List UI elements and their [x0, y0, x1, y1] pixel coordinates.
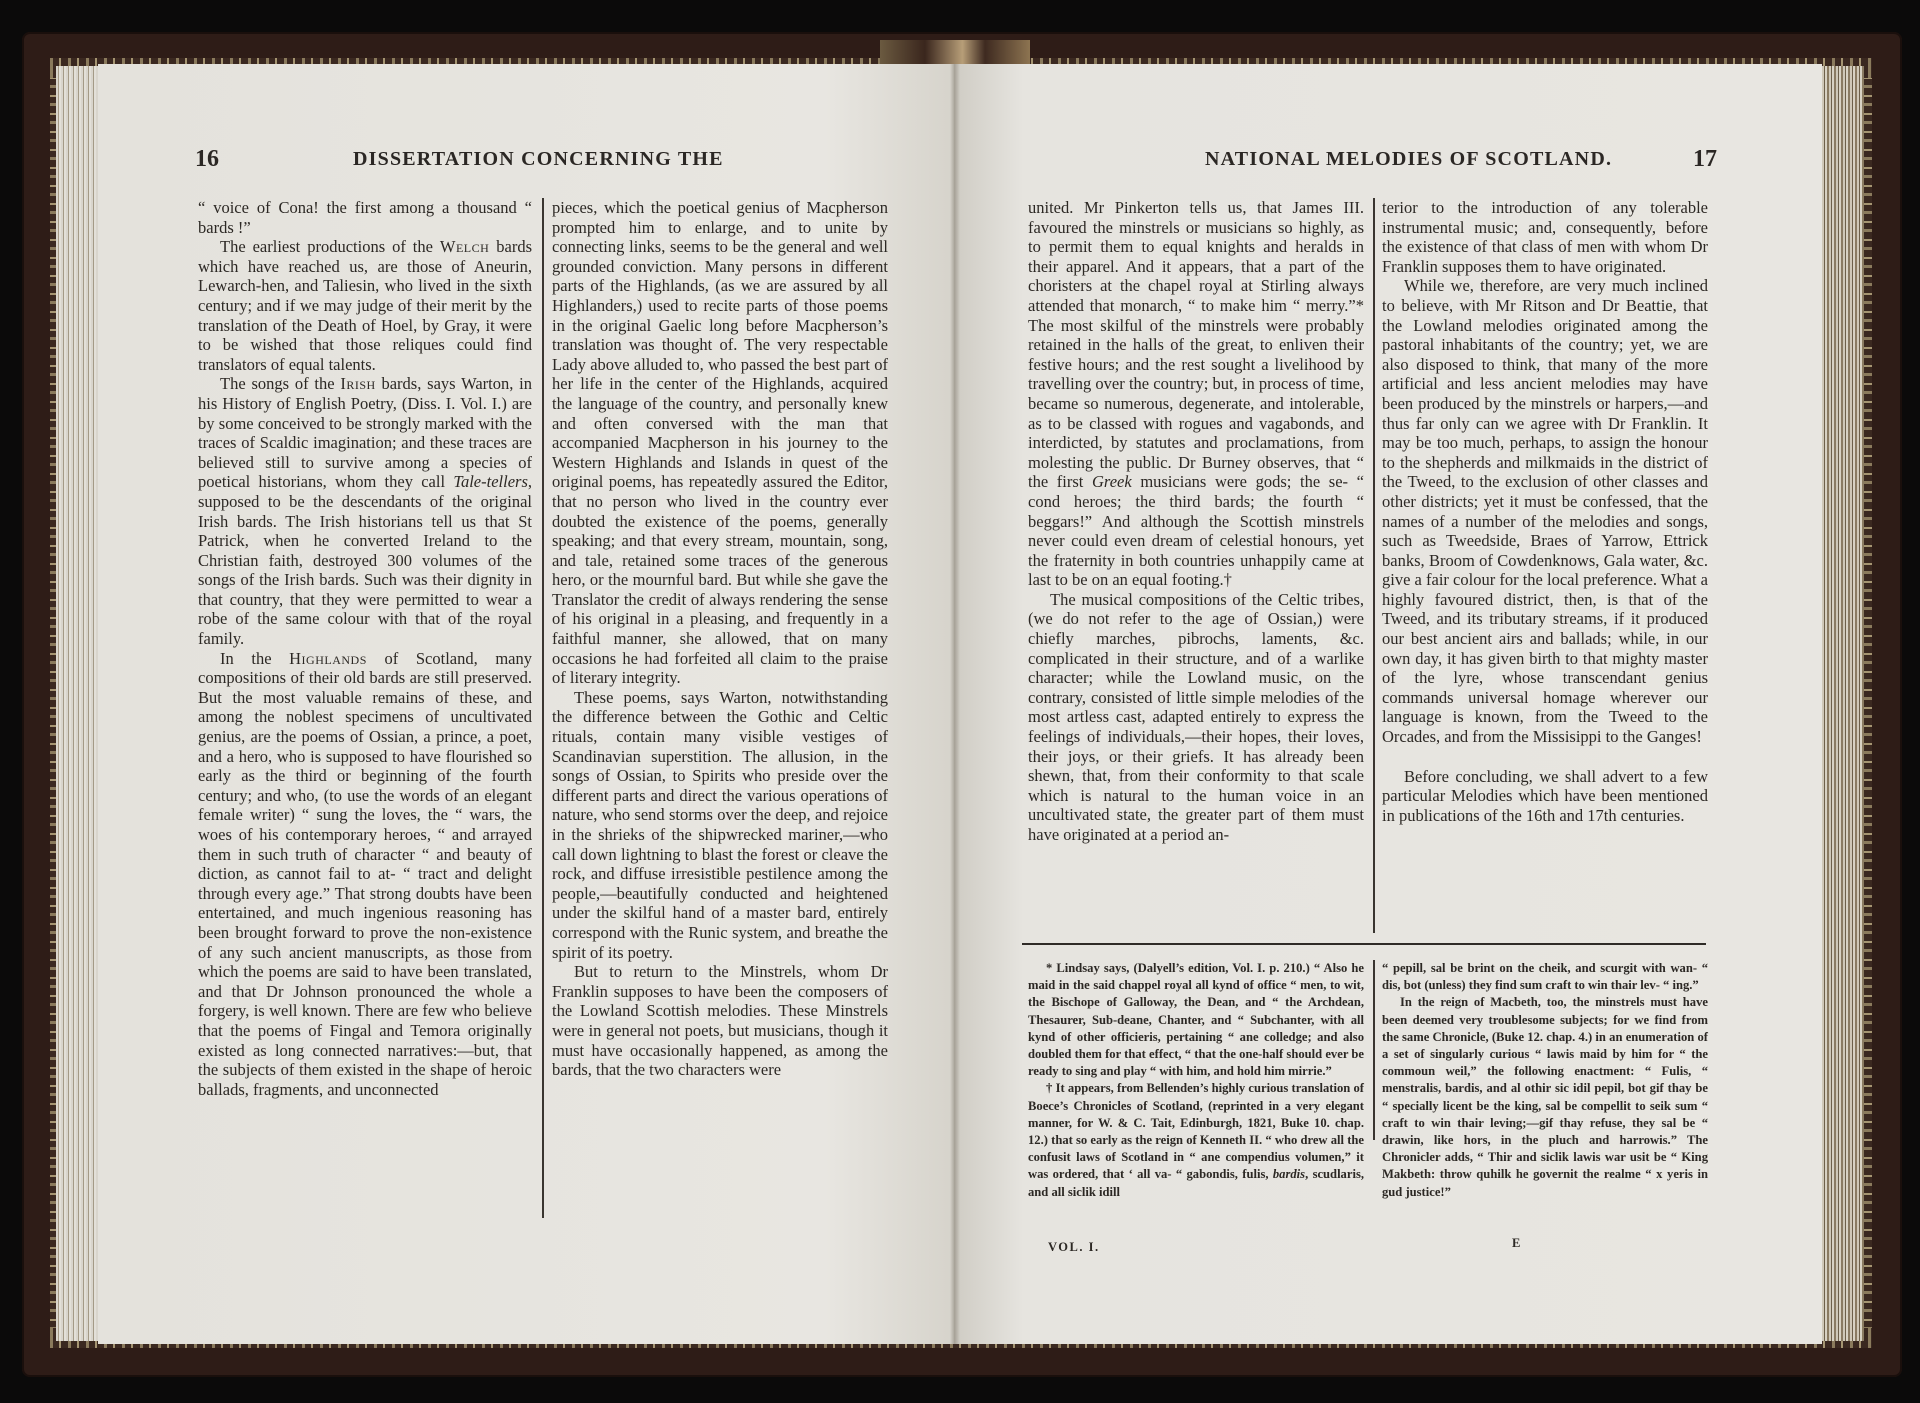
gutter-fold [950, 64, 960, 1344]
page-edges-left [56, 66, 100, 1341]
running-head-right: NATIONAL MELODIES OF SCOTLAND. [1205, 148, 1612, 171]
paragraph: In the Highlands of Scotland, many compo… [198, 649, 532, 1100]
footnote: † It appears, from Bellenden’s highly cu… [1028, 1080, 1364, 1200]
paragraph: But to return to the Minstrels, whom Dr … [552, 962, 888, 1080]
right-column-2: terior to the introduction of any tolera… [1382, 198, 1708, 825]
page-number-right: 17 [1693, 146, 1717, 173]
paragraph: The musical compositions of the Celtic t… [1028, 590, 1364, 845]
column-rule [542, 198, 544, 1218]
paragraph: The songs of the Irish bards, says Warto… [198, 374, 532, 648]
footnote-column-rule [1373, 960, 1375, 1140]
running-head-left: DISSERTATION CONCERNING THE [353, 148, 724, 171]
right-column-1: united. Mr Pinkerton tells us, that Jame… [1028, 198, 1364, 845]
footnote: In the reign of Macbeth, too, the minstr… [1382, 994, 1708, 1200]
footnote-rule [1022, 943, 1706, 945]
page-number-left: 16 [195, 146, 219, 173]
left-column-2: pieces, which the poetical genius of Mac… [552, 198, 888, 1080]
paragraph: While we, therefore, are very much incli… [1382, 276, 1708, 746]
signature-volume: VOL. I. [1048, 1240, 1100, 1255]
page-edges-right [1820, 66, 1864, 1341]
paragraph: Before concluding, we shall advert to a … [1382, 767, 1708, 826]
footnote: * Lindsay says, (Dalyell’s edition, Vol.… [1028, 960, 1364, 1080]
paragraph: These poems, says Warton, notwithstandin… [552, 688, 888, 962]
paragraph: “ voice of Cona! the first among a thous… [198, 198, 532, 237]
column-rule [1373, 198, 1375, 933]
footnote: “ pepill, sal be brint on the cheik, and… [1382, 960, 1708, 994]
paragraph: united. Mr Pinkerton tells us, that Jame… [1028, 198, 1364, 590]
signature-mark: E [1512, 1236, 1522, 1251]
paragraph: The earliest productions of the Welch ba… [198, 237, 532, 374]
paragraph: pieces, which the poetical genius of Mac… [552, 198, 888, 688]
footnotes-column-1: * Lindsay says, (Dalyell’s edition, Vol.… [1028, 960, 1364, 1201]
paragraph: terior to the introduction of any tolera… [1382, 198, 1708, 276]
left-column-1: “ voice of Cona! the first among a thous… [198, 198, 532, 1099]
spine-headband [880, 40, 1030, 66]
footnotes-column-2: “ pepill, sal be brint on the cheik, and… [1382, 960, 1708, 1201]
